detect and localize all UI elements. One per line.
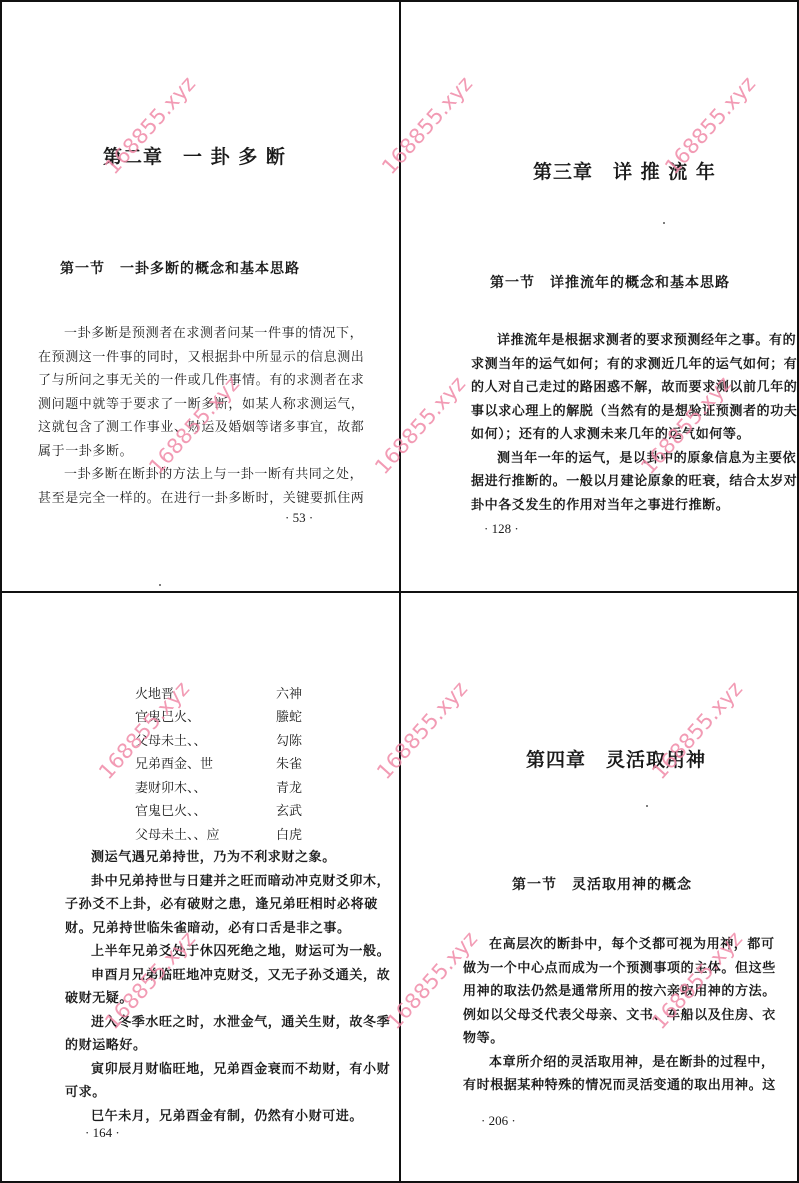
- yao-line: 父母未土、、: [135, 730, 207, 749]
- six-spirit: 朱雀: [276, 753, 302, 772]
- text-line: 测当年一年的运气，是以卦中的原象信息为主要依: [471, 447, 797, 471]
- yao-line: 官鬼巳火、: [135, 706, 200, 725]
- text-line: 财。兄弟持世临朱雀暗动，必有口舌是非之事。: [65, 917, 390, 941]
- body-text: 在高层次的断卦中，每个爻都可视为用神，都可 做为一个中心点而成为一个预测事项的主…: [463, 933, 776, 1098]
- hexagram-name: 火地晋: [135, 683, 174, 702]
- text-line: 物等。: [463, 1027, 776, 1051]
- page-number: · 206 ·: [481, 1113, 516, 1129]
- text-line: 了与所问之事无关的一件或几件事情。有的求测者在求: [38, 369, 364, 393]
- text-line: 测运气遇兄弟持世，乃为不利求财之象。: [65, 846, 390, 870]
- text-line: 的财运略好。: [65, 1034, 390, 1058]
- body-text: 一卦多断是预测者在求测者问某一件事的情况下， 在预测这一件事的同时，又根据卦中所…: [38, 322, 364, 510]
- text-line: 申酉月兄弟临旺地冲克财爻，又无子孙爻通关，故: [65, 964, 390, 988]
- body-text: 测运气遇兄弟持世，乃为不利求财之象。 卦中兄弟持世与日建并之旺而暗动冲克财爻卯木…: [65, 846, 390, 1128]
- scan-speck: [646, 805, 648, 807]
- six-spirit: 螣蛇: [276, 706, 302, 725]
- page-number: · 53 ·: [285, 510, 313, 526]
- text-line: 这就包含了测工作事业、财运及婚姻等诸多事宜，故都: [38, 416, 364, 440]
- text-line: 可求。: [65, 1081, 390, 1105]
- book-page-128: 第三章 详 推 流 年 第一节 详推流年的概念和基本思路 详推流年是根据求测者的…: [399, 0, 799, 593]
- text-line: 寅卯辰月财临旺地，兄弟酉金衰而不劫财，有小财: [65, 1058, 390, 1082]
- text-line: 有时根据某种特殊的情况而灵活变通的取出用神。这: [463, 1074, 776, 1098]
- six-spirit: 勾陈: [276, 730, 302, 749]
- page-number: · 128 ·: [484, 521, 519, 537]
- body-text: 详推流年是根据求测者的要求预测经年之事。有的 求测当年的运气如何；有的求测近几年…: [471, 329, 797, 517]
- six-spirit: 青龙: [276, 777, 302, 796]
- text-line: 子孙爻不上卦，必有破财之患，逢兄弟旺相时必将破: [65, 893, 390, 917]
- text-line: 一卦多断在断卦的方法上与一卦一断有共同之处，: [38, 463, 364, 487]
- six-spirit: 白虎: [276, 824, 302, 843]
- text-line: 例如以父母爻代表父母亲、文书、车船以及住房、衣: [463, 1004, 776, 1028]
- yao-line: 官鬼巳火、、: [135, 800, 207, 819]
- chapter-title: 第四章 灵活取用神: [526, 745, 706, 772]
- text-line: 据进行推断的。一般以月建论原象的旺衰，结合太岁对: [471, 470, 797, 494]
- text-line: 在高层次的断卦中，每个爻都可视为用神，都可: [463, 933, 776, 957]
- text-line: 用神的取法仍然是通常所用的按六亲取用神的方法。: [463, 980, 776, 1004]
- text-line: 本章所介绍的灵活取用神，是在断卦的过程中，: [463, 1051, 776, 1075]
- yao-line: 妻财卯木、、: [135, 777, 207, 796]
- text-line: 求测当年的运气如何；有的求测近几年的运气如何；有: [471, 353, 797, 377]
- text-line: 事以求心理上的解脱（当然有的是想验证预测者的功夫: [471, 400, 797, 424]
- text-line: 详推流年是根据求测者的要求预测经年之事。有的: [471, 329, 797, 353]
- six-spirits-header: 六神: [276, 683, 302, 702]
- chapter-title: 第二章 一 卦 多 断: [103, 142, 286, 169]
- text-line: 进入冬季水旺之时，水泄金气，通关生财，故冬季: [65, 1011, 390, 1035]
- book-page-53: 第二章 一 卦 多 断 第一节 一卦多断的概念和基本思路 一卦多断是预测者在求测…: [0, 0, 401, 593]
- text-line: 的人对自己走过的路困惑不解，故而要求测以前几年的: [471, 376, 797, 400]
- text-line: 甚至是完全一样的。在进行一卦多断时，关键要抓住两: [38, 487, 364, 511]
- section-title: 第一节 详推流年的概念和基本思路: [490, 272, 730, 292]
- text-line: 做为一个中心点而成为一个预测事项的主体。但这些: [463, 957, 776, 981]
- scan-speck: [159, 584, 161, 586]
- text-line: 破财无疑。: [65, 987, 390, 1011]
- text-line: 上半年兄弟爻处于休囚死绝之地，财运可为一般。: [65, 940, 390, 964]
- text-line: 卦中兄弟持世与日建并之旺而暗动冲克财爻卯木，: [65, 870, 390, 894]
- six-spirit: 玄武: [276, 800, 302, 819]
- chapter-title: 第三章 详 推 流 年: [533, 157, 716, 184]
- section-title: 第一节 灵活取用神的概念: [512, 874, 692, 894]
- yao-line: 兄弟酉金、世: [135, 753, 213, 772]
- text-line: 如何）；还有的人求测未来几年的运气如何等。: [471, 423, 797, 447]
- text-line: 测问题中就等于要求了一断多断，如某人称求测运气，: [38, 393, 364, 417]
- text-line: 卦中各爻发生的作用对当年之事进行推断。: [471, 494, 797, 518]
- scan-speck: [663, 222, 665, 224]
- text-line: 一卦多断是预测者在求测者问某一件事的情况下，: [38, 322, 364, 346]
- book-page-164: 火地晋 六神 官鬼巳火、 螣蛇 父母未土、、 勾陈 兄弟酉金、世 朱雀 妻财卯木…: [0, 591, 401, 1183]
- page-number: · 164 ·: [85, 1125, 120, 1141]
- yao-line: 父母未土、、应: [135, 824, 220, 843]
- text-line: 属于一卦多断。: [38, 440, 364, 464]
- section-title: 第一节 一卦多断的概念和基本思路: [60, 258, 300, 278]
- book-page-206: 第四章 灵活取用神 第一节 灵活取用神的概念 在高层次的断卦中，每个爻都可视为用…: [399, 591, 799, 1183]
- text-line: 在预测这一件事的同时，又根据卦中所显示的信息测出: [38, 346, 364, 370]
